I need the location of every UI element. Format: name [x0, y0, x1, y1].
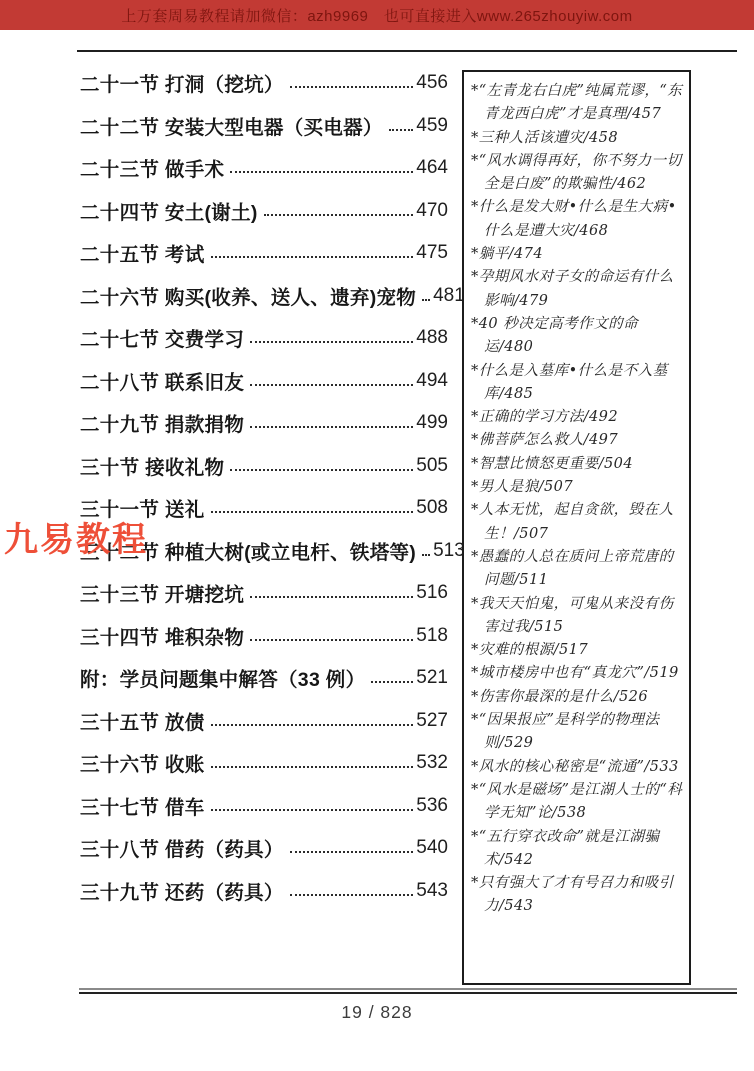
note-item: *伤害你最深的是什么/526 [471, 685, 684, 708]
note-item: *孕期风水对子女的命运有什么影响/479 [471, 265, 684, 312]
dot-leader [211, 256, 414, 258]
dot-leader [211, 724, 414, 726]
toc-entry-page: 475 [416, 242, 448, 264]
note-item: *“风水是磁场”是江湖人士的“科学无知”论/538 [471, 778, 684, 825]
toc-entry: 三十九节 还药（药具） 543 [80, 870, 448, 913]
toc-entry-page: 499 [416, 412, 448, 434]
toc-entry: 二十一节 打洞（挖坑） 456 [80, 62, 448, 105]
note-item: *城市楼房中也有“真龙穴”/519 [471, 661, 684, 684]
toc-entry-label: 二十八节 联系旧友 [80, 367, 244, 395]
note-item: *“因果报应”是科学的物理法则/529 [471, 708, 684, 755]
toc-entry-label: 二十九节 捐款捐物 [80, 409, 244, 437]
dot-leader [290, 851, 414, 853]
dot-leader [230, 171, 413, 173]
dot-leader [290, 894, 414, 896]
toc-entry-page: 488 [416, 327, 448, 349]
toc-entry: 附：学员问题集中解答（33 例） 521 [80, 657, 448, 700]
toc-entry-page: 494 [416, 370, 448, 392]
note-item: *三种人活该遭灾/458 [471, 126, 684, 149]
toc-entry: 三十七节 借车 536 [80, 785, 448, 828]
toc-entry: 三十节 接收礼物 505 [80, 445, 448, 488]
toc-entry-page: 540 [416, 837, 448, 859]
dot-leader [250, 341, 413, 343]
toc-list: 二十一节 打洞（挖坑） 456 二十二节 安装大型电器（买电器） 459 二十三… [80, 62, 448, 912]
toc-entry: 二十四节 安土(谢土) 470 [80, 190, 448, 233]
toc-entry-page: 464 [416, 157, 448, 179]
dot-leader [230, 469, 413, 471]
promo-banner: 上万套周易教程请加微信：azh9969 也可直接进入www.265zhouyiw… [0, 0, 754, 30]
toc-entry: 三十三节 开塘挖坑 516 [80, 572, 448, 615]
toc-entry-page: 505 [416, 455, 448, 477]
toc-entry-label: 三十八节 借药（药具） [80, 834, 284, 862]
dot-leader [211, 511, 414, 513]
toc-entry-label: 二十三节 做手术 [80, 154, 224, 182]
note-item: *“风水调得再好，你不努力一切全是白废”的欺骗性/462 [471, 149, 684, 196]
toc-entry-page: 456 [416, 72, 448, 94]
toc-entry-page: 513 [433, 540, 465, 562]
dot-leader [422, 554, 430, 556]
toc-entry-page: 527 [416, 710, 448, 732]
page-top-rule [77, 50, 737, 52]
note-item: *40 秒决定高考作文的命运/480 [471, 312, 684, 359]
toc-entry: 二十五节 考试 475 [80, 232, 448, 275]
toc-entry: 二十二节 安装大型电器（买电器） 459 [80, 105, 448, 148]
toc-entry: 二十八节 联系旧友 494 [80, 360, 448, 403]
toc-entry-page: 532 [416, 752, 448, 774]
note-item: *只有强大了才有号召力和吸引力/543 [471, 871, 684, 918]
dot-leader [264, 214, 414, 216]
toc-entry-page: 459 [416, 115, 448, 137]
toc-entry-label: 三十节 接收礼物 [80, 452, 224, 480]
toc-entry-label: 三十七节 借车 [80, 792, 205, 820]
note-item: *什么是入墓库•什么是不入墓库/485 [471, 359, 684, 406]
note-item: *躺平/474 [471, 242, 684, 265]
watermark: 九易教程 [4, 512, 148, 561]
toc-entry-page: 543 [416, 880, 448, 902]
note-item: *智慧比愤怒更重要/504 [471, 452, 684, 475]
dot-leader [371, 681, 413, 683]
note-item: *风水的核心秘密是“流通”/533 [471, 755, 684, 778]
dot-leader [211, 809, 414, 811]
note-item: *佛菩萨怎么救人/497 [471, 428, 684, 451]
toc-entry: 二十六节 购买(收养、送人、遗弃)宠物 481 [80, 275, 448, 318]
toc-entry-page: 516 [416, 582, 448, 604]
toc-entry-label: 三十三节 开塘挖坑 [80, 579, 244, 607]
note-item: *灾难的根源/517 [471, 638, 684, 661]
toc-entry-page: 481 [433, 285, 465, 307]
toc-entry-label: 二十五节 考试 [80, 239, 205, 267]
document-page: 上万套周易教程请加微信：azh9969 也可直接进入www.265zhouyiw… [0, 0, 754, 1071]
toc-entry-label: 附：学员问题集中解答（33 例） [80, 664, 365, 692]
note-item: *正确的学习方法/492 [471, 405, 684, 428]
dot-leader [211, 766, 414, 768]
toc-entry: 三十八节 借药（药具） 540 [80, 827, 448, 870]
dot-leader [250, 384, 413, 386]
toc-entry-label: 二十四节 安土(谢土) [80, 197, 258, 225]
toc-entry: 二十七节 交费学习 488 [80, 317, 448, 360]
note-item: *人本无忧，起自贪欲，毁在人生！/507 [471, 498, 684, 545]
page-bottom-rule [79, 988, 737, 994]
dot-leader [290, 86, 414, 88]
dot-leader [250, 426, 413, 428]
toc-entry-page: 521 [416, 667, 448, 689]
toc-entry: 三十四节 堆积杂物 518 [80, 615, 448, 658]
toc-entry-label: 三十五节 放债 [80, 707, 205, 735]
note-item: *“五行穿衣改命”就是江湖骗术/542 [471, 825, 684, 872]
toc-entry-page: 508 [416, 497, 448, 519]
toc-entry-label: 二十一节 打洞（挖坑） [80, 69, 284, 97]
toc-entry-page: 518 [416, 625, 448, 647]
toc-entry: 二十九节 捐款捐物 499 [80, 402, 448, 445]
toc-entry: 二十三节 做手术 464 [80, 147, 448, 190]
dot-leader [422, 299, 430, 301]
promo-banner-text: 上万套周易教程请加微信：azh9969 也可直接进入www.265zhouyiw… [121, 5, 632, 26]
note-item: *什么是发大财•什么是生大病•什么是遭大灾/468 [471, 195, 684, 242]
dot-leader [389, 129, 414, 131]
toc-entry-label: 二十二节 安装大型电器（买电器） [80, 112, 383, 140]
toc-entry-label: 二十七节 交费学习 [80, 324, 244, 352]
toc-entry-label: 三十九节 还药（药具） [80, 877, 284, 905]
toc-entry-page: 536 [416, 795, 448, 817]
toc-entry-label: 三十四节 堆积杂物 [80, 622, 244, 650]
dot-leader [250, 596, 413, 598]
note-item: *我天天怕鬼，可鬼从来没有伤害过我/515 [471, 592, 684, 639]
note-item: *男人是狼/507 [471, 475, 684, 498]
notes-panel: *“左青龙右白虎”纯属荒谬，“东青龙西白虎”才是真理/457 *三种人活该遭灾/… [462, 70, 691, 985]
toc-entry-label: 二十六节 购买(收养、送人、遗弃)宠物 [80, 282, 416, 310]
dot-leader [250, 639, 413, 641]
toc-entry-page: 470 [416, 200, 448, 222]
page-indicator: 19 / 828 [0, 1002, 754, 1023]
toc-entry: 三十五节 放债 527 [80, 700, 448, 743]
toc-entry: 三十六节 收账 532 [80, 742, 448, 785]
toc-entry-label: 三十六节 收账 [80, 749, 205, 777]
note-item: *“左青龙右白虎”纯属荒谬，“东青龙西白虎”才是真理/457 [471, 79, 684, 126]
note-item: *愚蠢的人总在质问上帝荒唐的问题/511 [471, 545, 684, 592]
